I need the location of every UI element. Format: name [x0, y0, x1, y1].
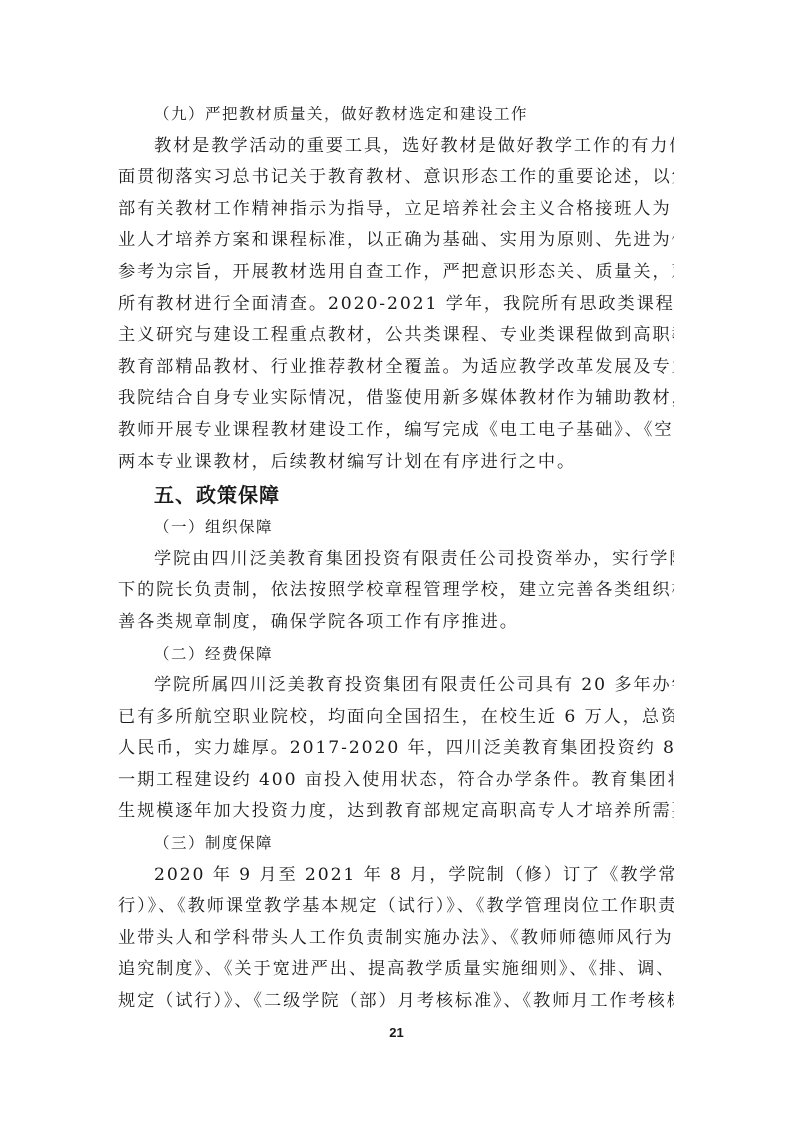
paragraph-organization: 学院由四川泛美教育集团投资有限责任公司投资举办，实行学院董事会领导 下的院长负责… [118, 544, 674, 639]
paragraph-line: 追究制度》、《关于宽进严出、提高教学质量实施细则》、《排、调、停、补课 [118, 954, 674, 986]
paragraph-line: 面贯彻落实习总书记关于教育教材、意识形态工作的重要论述，以党中央及教育 [118, 162, 674, 194]
paragraph-line: 教育部精品教材、行业推荐教材全覆盖。为适应教学改革发展及专业建设的需要， [118, 352, 674, 384]
paragraph-line: 规定（试行）》、《二级学院（部）月考核标准》、《教师月工作考核标准》、 [118, 986, 674, 1018]
section-heading-organization: （一）组织保障 [118, 512, 674, 544]
paragraph-line: 学院所属四川泛美教育投资集团有限责任公司具有 20 多年办学经验，旗下 [118, 670, 674, 702]
paragraph-line: 生规模逐年加大投资力度，达到教育部规定高职高专人才培养所需要求。 [118, 796, 674, 828]
paragraph-line: 一期工程建设约 400 亩投入使用状态，符合办学条件。教育集团将根据每年在校 [118, 765, 674, 797]
paragraph-line: 业人才培养方案和课程标准，以正确为基础、实用为原则、先进为依据、发展为 [118, 225, 674, 257]
section-heading-9: （九）严把教材质量关，做好教材选定和建设工作 [118, 99, 674, 131]
paragraph-line: 业带头人和学科带头人工作负责制实施办法》、《教师师德师风行为考核及责任 [118, 923, 674, 955]
paragraph-line: 主义研究与建设工程重点教材，公共类课程、专业类课程做到高职教育规划教材、 [118, 320, 674, 352]
paragraph-line: 下的院长负责制，依法按照学校章程管理学校，建立完善各类组织机构，修订完 [118, 575, 674, 607]
paragraph-textbooks: 教材是教学活动的重要工具，选好教材是做好教学工作的有力保障。学院全 面贯彻落实习… [118, 131, 674, 479]
paragraph-line: 教材是教学活动的重要工具，选好教材是做好教学工作的有力保障。学院全 [118, 131, 674, 163]
document-page: （九）严把教材质量关，做好教材选定和建设工作 教材是教学活动的重要工具，选好教材… [118, 99, 674, 1018]
paragraph-line: 2020 年 9 月至 2021 年 8 月，学院制（修）订了《教学常规管理规定… [118, 860, 674, 892]
chapter-heading-5: 五、政策保障 [118, 478, 674, 512]
paragraph-line: 人民币，实力雄厚。2017-2020 年，四川泛美教育集团投资约 8 亿元，完成… [118, 733, 674, 765]
paragraph-line: 参考为宗旨，开展教材选用自查工作，严把意识形态关、质量关，对本校使用的 [118, 257, 674, 289]
paragraph-line: 学院由四川泛美教育集团投资有限责任公司投资举办，实行学院董事会领导 [118, 544, 674, 576]
paragraph-line: 部有关教材工作精神指示为指导，立足培养社会主义合格接班人为目标，结合专 [118, 194, 674, 226]
paragraph-line: 已有多所航空职业院校，均面向全国招生，在校生近 6 万人，总资产超过 100 亿 [118, 702, 674, 734]
section-heading-funding: （二）经费保障 [118, 639, 674, 671]
paragraph-line: 所有教材进行全面清查。2020-2021 学年，我院所有思政类课程严格选用马克思 [118, 289, 674, 321]
paragraph-line: 我院结合自身专业实际情况，借鉴使用新多媒体教材作为辅助教材，并组织专业 [118, 383, 674, 415]
section-heading-institutional: （三）制度保障 [118, 828, 674, 860]
paragraph-institutional: 2020 年 9 月至 2021 年 8 月，学院制（修）订了《教学常规管理规定… [118, 860, 674, 1018]
paragraph-line: 两本专业课教材，后续教材编写计划在有序进行之中。 [118, 447, 674, 479]
paragraph-line: 行）》、《教师课堂教学基本规定（试行）》、《教学管理岗位工作职责》、《专 [118, 891, 674, 923]
paragraph-line: 善各类规章制度，确保学院各项工作有序推进。 [118, 607, 674, 639]
paragraph-line: 教师开展专业课程教材建设工作，编写完成《电工电子基础》、《空中应急救护》 [118, 415, 674, 447]
page-number: 21 [0, 1025, 793, 1040]
paragraph-funding: 学院所属四川泛美教育投资集团有限责任公司具有 20 多年办学经验，旗下 已有多所… [118, 670, 674, 828]
